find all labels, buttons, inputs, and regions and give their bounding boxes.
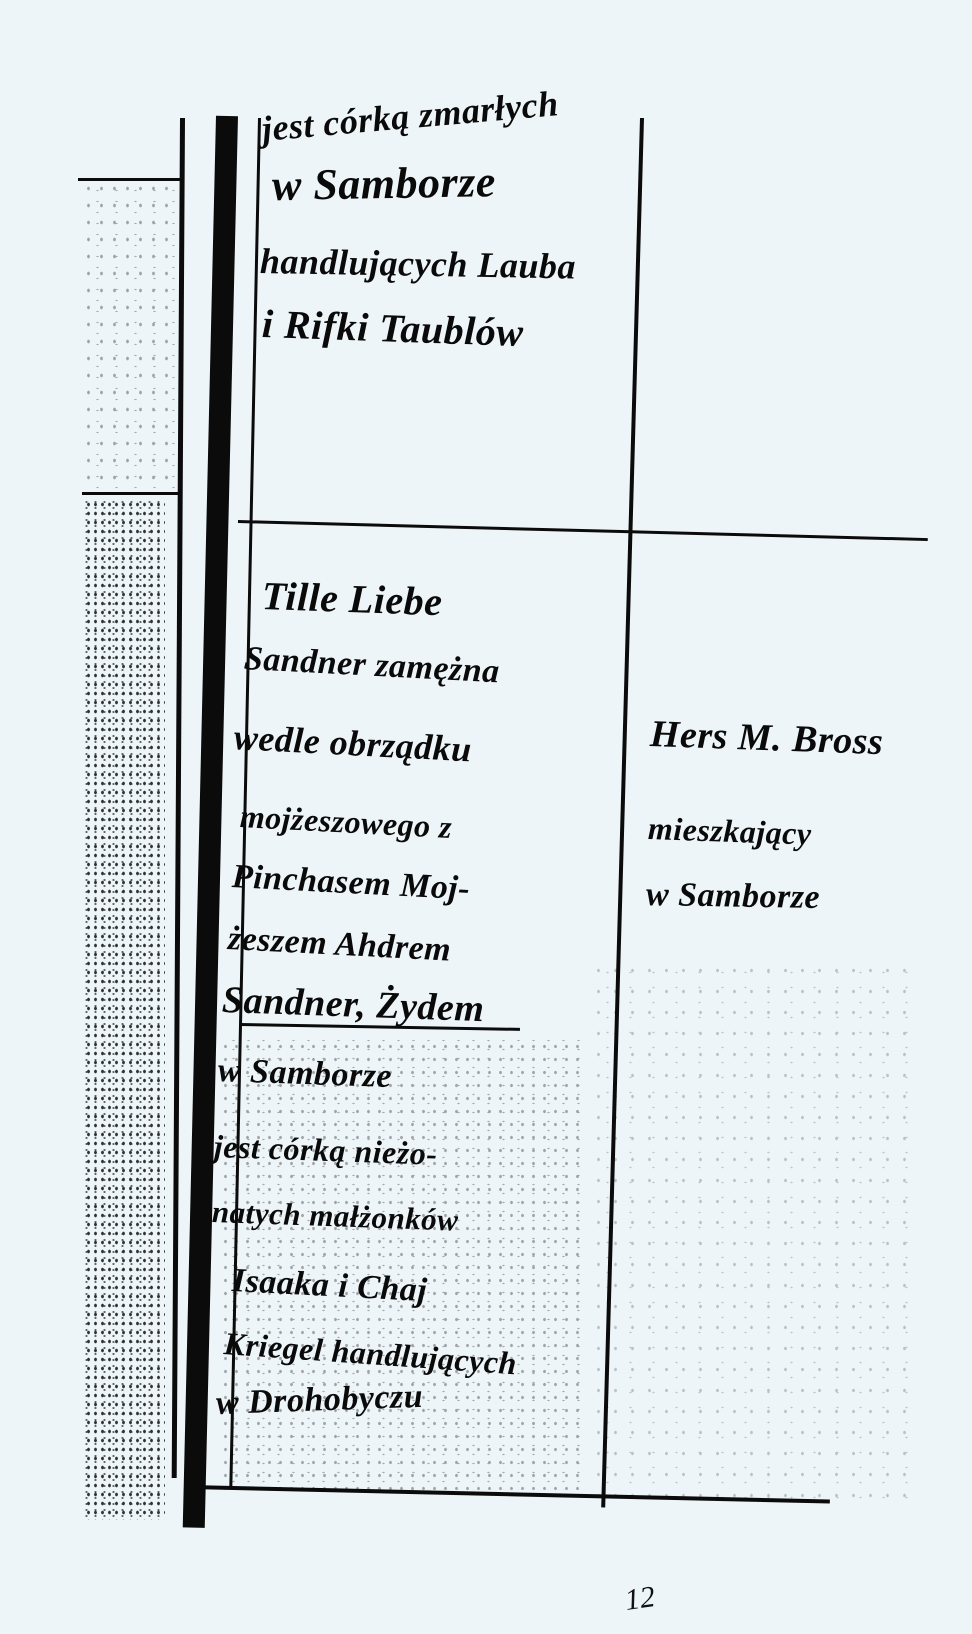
handwritten-line: Tille Liebe: [261, 572, 443, 625]
handwritten-line: Sandner, Żydem: [221, 978, 485, 1031]
scanned-register-page: jest córką zmarłych w Samborze handlując…: [0, 0, 972, 1634]
handwritten-line: Sandner zamężna: [243, 640, 501, 691]
handwritten-line: jest córką nieżo-: [213, 1128, 438, 1173]
page-number: 12: [623, 1580, 657, 1618]
handwritten-line: jest córką zmarłych: [260, 82, 560, 150]
handwritten-line: Pinchasem Moj-: [231, 858, 471, 908]
handwritten-line: i Rifki Taublów: [261, 300, 524, 356]
margin-speckle-top: [82, 180, 177, 490]
handwritten-line: mieszkający: [647, 810, 812, 853]
right-cell-speckle: [590, 960, 920, 1500]
margin-speckle-bottom: [85, 500, 165, 1520]
margin-top-rule: [78, 178, 180, 181]
handwritten-line: żeszem Ahdrem: [227, 920, 452, 970]
handwritten-line: w Drohobyczu: [215, 1378, 423, 1423]
handwritten-line: wedle obrządku: [233, 716, 473, 770]
handwritten-line: w Samborze: [217, 1052, 392, 1096]
handwritten-line: Hers M. Bross: [649, 712, 884, 764]
row-divider-rule: [238, 520, 928, 541]
handwritten-line: mojżeszowego z: [239, 798, 453, 846]
margin-mid-rule: [82, 492, 180, 495]
handwritten-line: w Samborze: [646, 876, 821, 917]
handwritten-line: w Samborze: [272, 156, 497, 211]
handwritten-line: handlujących Lauba: [260, 240, 577, 288]
